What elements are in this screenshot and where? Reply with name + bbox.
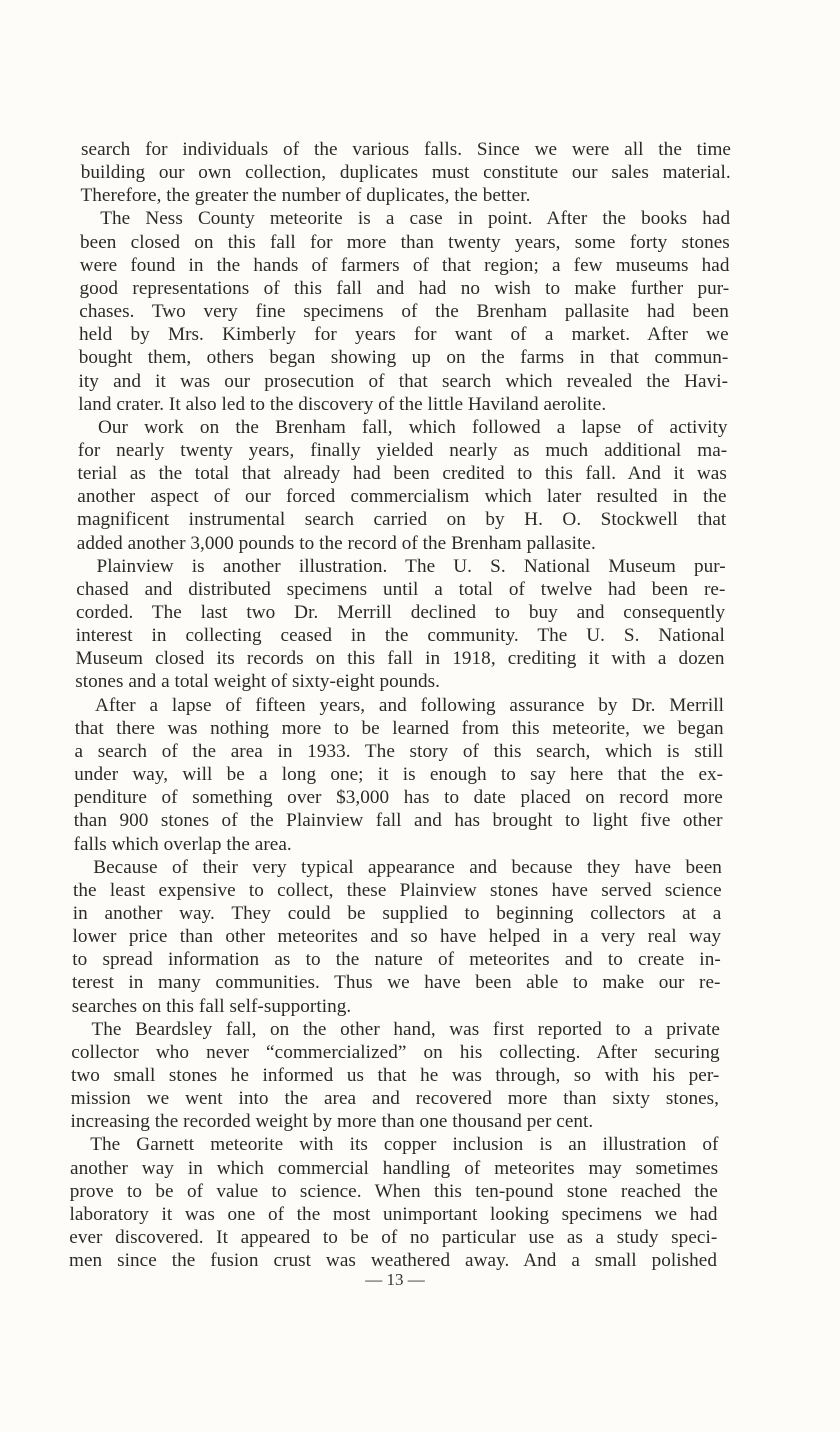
text-line: magnificent instrumental search carried … (77, 508, 726, 531)
text-line: another way in which commercial handling… (70, 1157, 718, 1180)
text-line: under way, will be a long one; it is eno… (74, 763, 723, 786)
document-page: search for individuals of the various fa… (0, 0, 840, 1432)
text-line: a search of the area in 1933. The story … (75, 740, 724, 763)
text-line: Therefore, the greater the number of dup… (81, 184, 731, 207)
text-line: good representations of this fall and ha… (80, 277, 730, 300)
text-line: Because of their very typical appearance… (93, 856, 722, 879)
text-line: chased and distributed specimens until a… (76, 578, 725, 601)
text-line: Plainview is another illustration. The U… (97, 555, 726, 578)
text-line: searches on this fall self-supporting. (72, 995, 720, 1018)
text-line: prove to be of value to science. When th… (70, 1180, 718, 1203)
text-line: interest in collecting ceased in the com… (76, 624, 725, 647)
text-line: to spread information as to the nature o… (72, 948, 721, 971)
text-line: increasing the recorded weight by more t… (71, 1110, 719, 1133)
text-line: Our work on the Brenham fall, which foll… (98, 416, 728, 439)
text-line: bought them, others began showing up on … (79, 346, 729, 369)
text-line: were found in the hands of farmers of th… (80, 254, 730, 277)
text-line: terest in many communities. Thus we have… (72, 971, 721, 994)
text-line: ity and it was our prosecution of that s… (79, 370, 729, 393)
text-line: The Beardsley fall, on the other hand, w… (92, 1018, 720, 1041)
text-line: added another 3,000 pounds to the record… (77, 532, 726, 555)
text-line: search for individuals of the various fa… (81, 138, 731, 161)
text-line: held by Mrs. Kimberly for years for want… (79, 323, 729, 346)
text-line: laboratory it was one of the most unimpo… (70, 1203, 718, 1226)
text-line: men since the fusion crust was weathered… (69, 1249, 717, 1272)
text-line: mission we went into the area and recove… (71, 1087, 719, 1110)
text-line: another aspect of our forced commerciali… (77, 485, 726, 508)
text-line: ever discovered. It appeared to be of no… (69, 1226, 717, 1249)
text-line: terial as the total that already had bee… (78, 462, 727, 485)
text-line: penditure of something over $3,000 has t… (74, 786, 723, 809)
text-line: stones and a total weight of sixty-eight… (75, 670, 724, 693)
text-line: collector who never “commercialized” on … (71, 1041, 719, 1064)
text-line: falls which overlap the area. (74, 833, 723, 856)
text-line: been closed on this fall for more than t… (80, 231, 730, 254)
text-line: chases. Two very fine specimens of the B… (79, 300, 729, 323)
text-line: lower price than other meteorites and so… (73, 925, 722, 948)
text-line: building our own collection, duplicates … (81, 161, 731, 184)
text-line: two small stones he informed us that he … (71, 1064, 719, 1087)
page-number: — 13 — (0, 1270, 790, 1290)
text-line: in another way. They could be supplied t… (73, 902, 722, 925)
text-line: The Garnett meteorite with its copper in… (90, 1133, 718, 1156)
text-line: corded. The last two Dr. Merrill decline… (76, 601, 725, 624)
text-line: for nearly twenty years, finally yielded… (78, 439, 727, 462)
text-line: land crater. It also led to the discover… (78, 393, 728, 416)
text-line: than 900 stones of the Plainview fall an… (74, 809, 723, 832)
text-line: Museum closed its records on this fall i… (76, 647, 725, 670)
text-line: The Ness County meteorite is a case in p… (100, 207, 730, 230)
text-line: the least expensive to collect, these Pl… (73, 879, 722, 902)
text-line: that there was nothing more to be learne… (75, 717, 724, 740)
text-line: After a lapse of fifteen years, and foll… (95, 694, 724, 717)
